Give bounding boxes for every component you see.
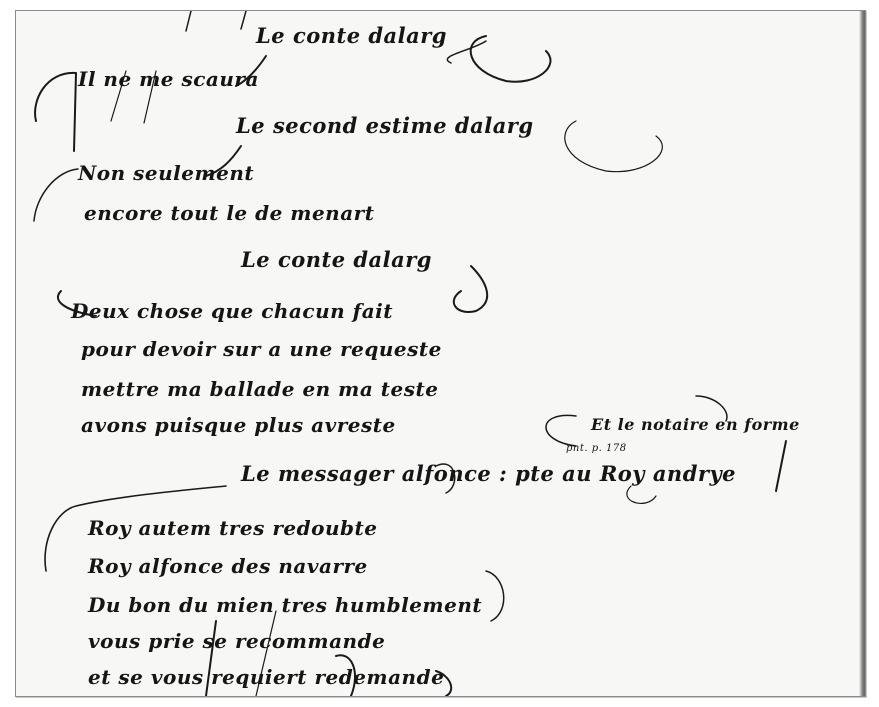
manuscript-verse-line: avons puisque plus avreste <box>81 413 396 437</box>
manuscript-heading: Le conte dalarg <box>256 23 447 48</box>
page-binding-edge <box>859 11 865 696</box>
manuscript-verse-line: encore tout le de menart <box>84 201 374 225</box>
manuscript-heading: Le second estime dalarg <box>236 113 534 138</box>
manuscript-verse-line: Du bon du mien tres humblement <box>88 593 482 617</box>
manuscript-heading: Le conte dalarg <box>241 247 432 272</box>
manuscript-verse-line: et se vous requiert redemande <box>88 665 444 689</box>
manuscript-verse-line: Non seulement <box>78 161 254 185</box>
manuscript-heading: Le messager alfonce : pte au Roy andrye <box>241 461 736 486</box>
manuscript-verse-line: Roy alfonce des navarre <box>88 554 368 578</box>
manuscript-verse-line: Roy autem tres redoubte <box>88 516 377 540</box>
marginal-reference-note: pnt. p. 178 <box>566 443 627 454</box>
manuscript-page: Le conte dalarg Il ne me scaura Le secon… <box>15 10 866 697</box>
manuscript-verse-line: Deux chose que chacun fait <box>71 299 393 323</box>
manuscript-verse-line: pour devoir sur a une requeste <box>81 337 442 361</box>
manuscript-verse-line: vous prie se recommande <box>88 629 385 653</box>
manuscript-verse-line: Il ne me scaura <box>78 67 259 91</box>
marginal-note: Et le notaire en forme <box>591 415 800 434</box>
manuscript-verse-line: mettre ma ballade en ma teste <box>81 377 438 401</box>
